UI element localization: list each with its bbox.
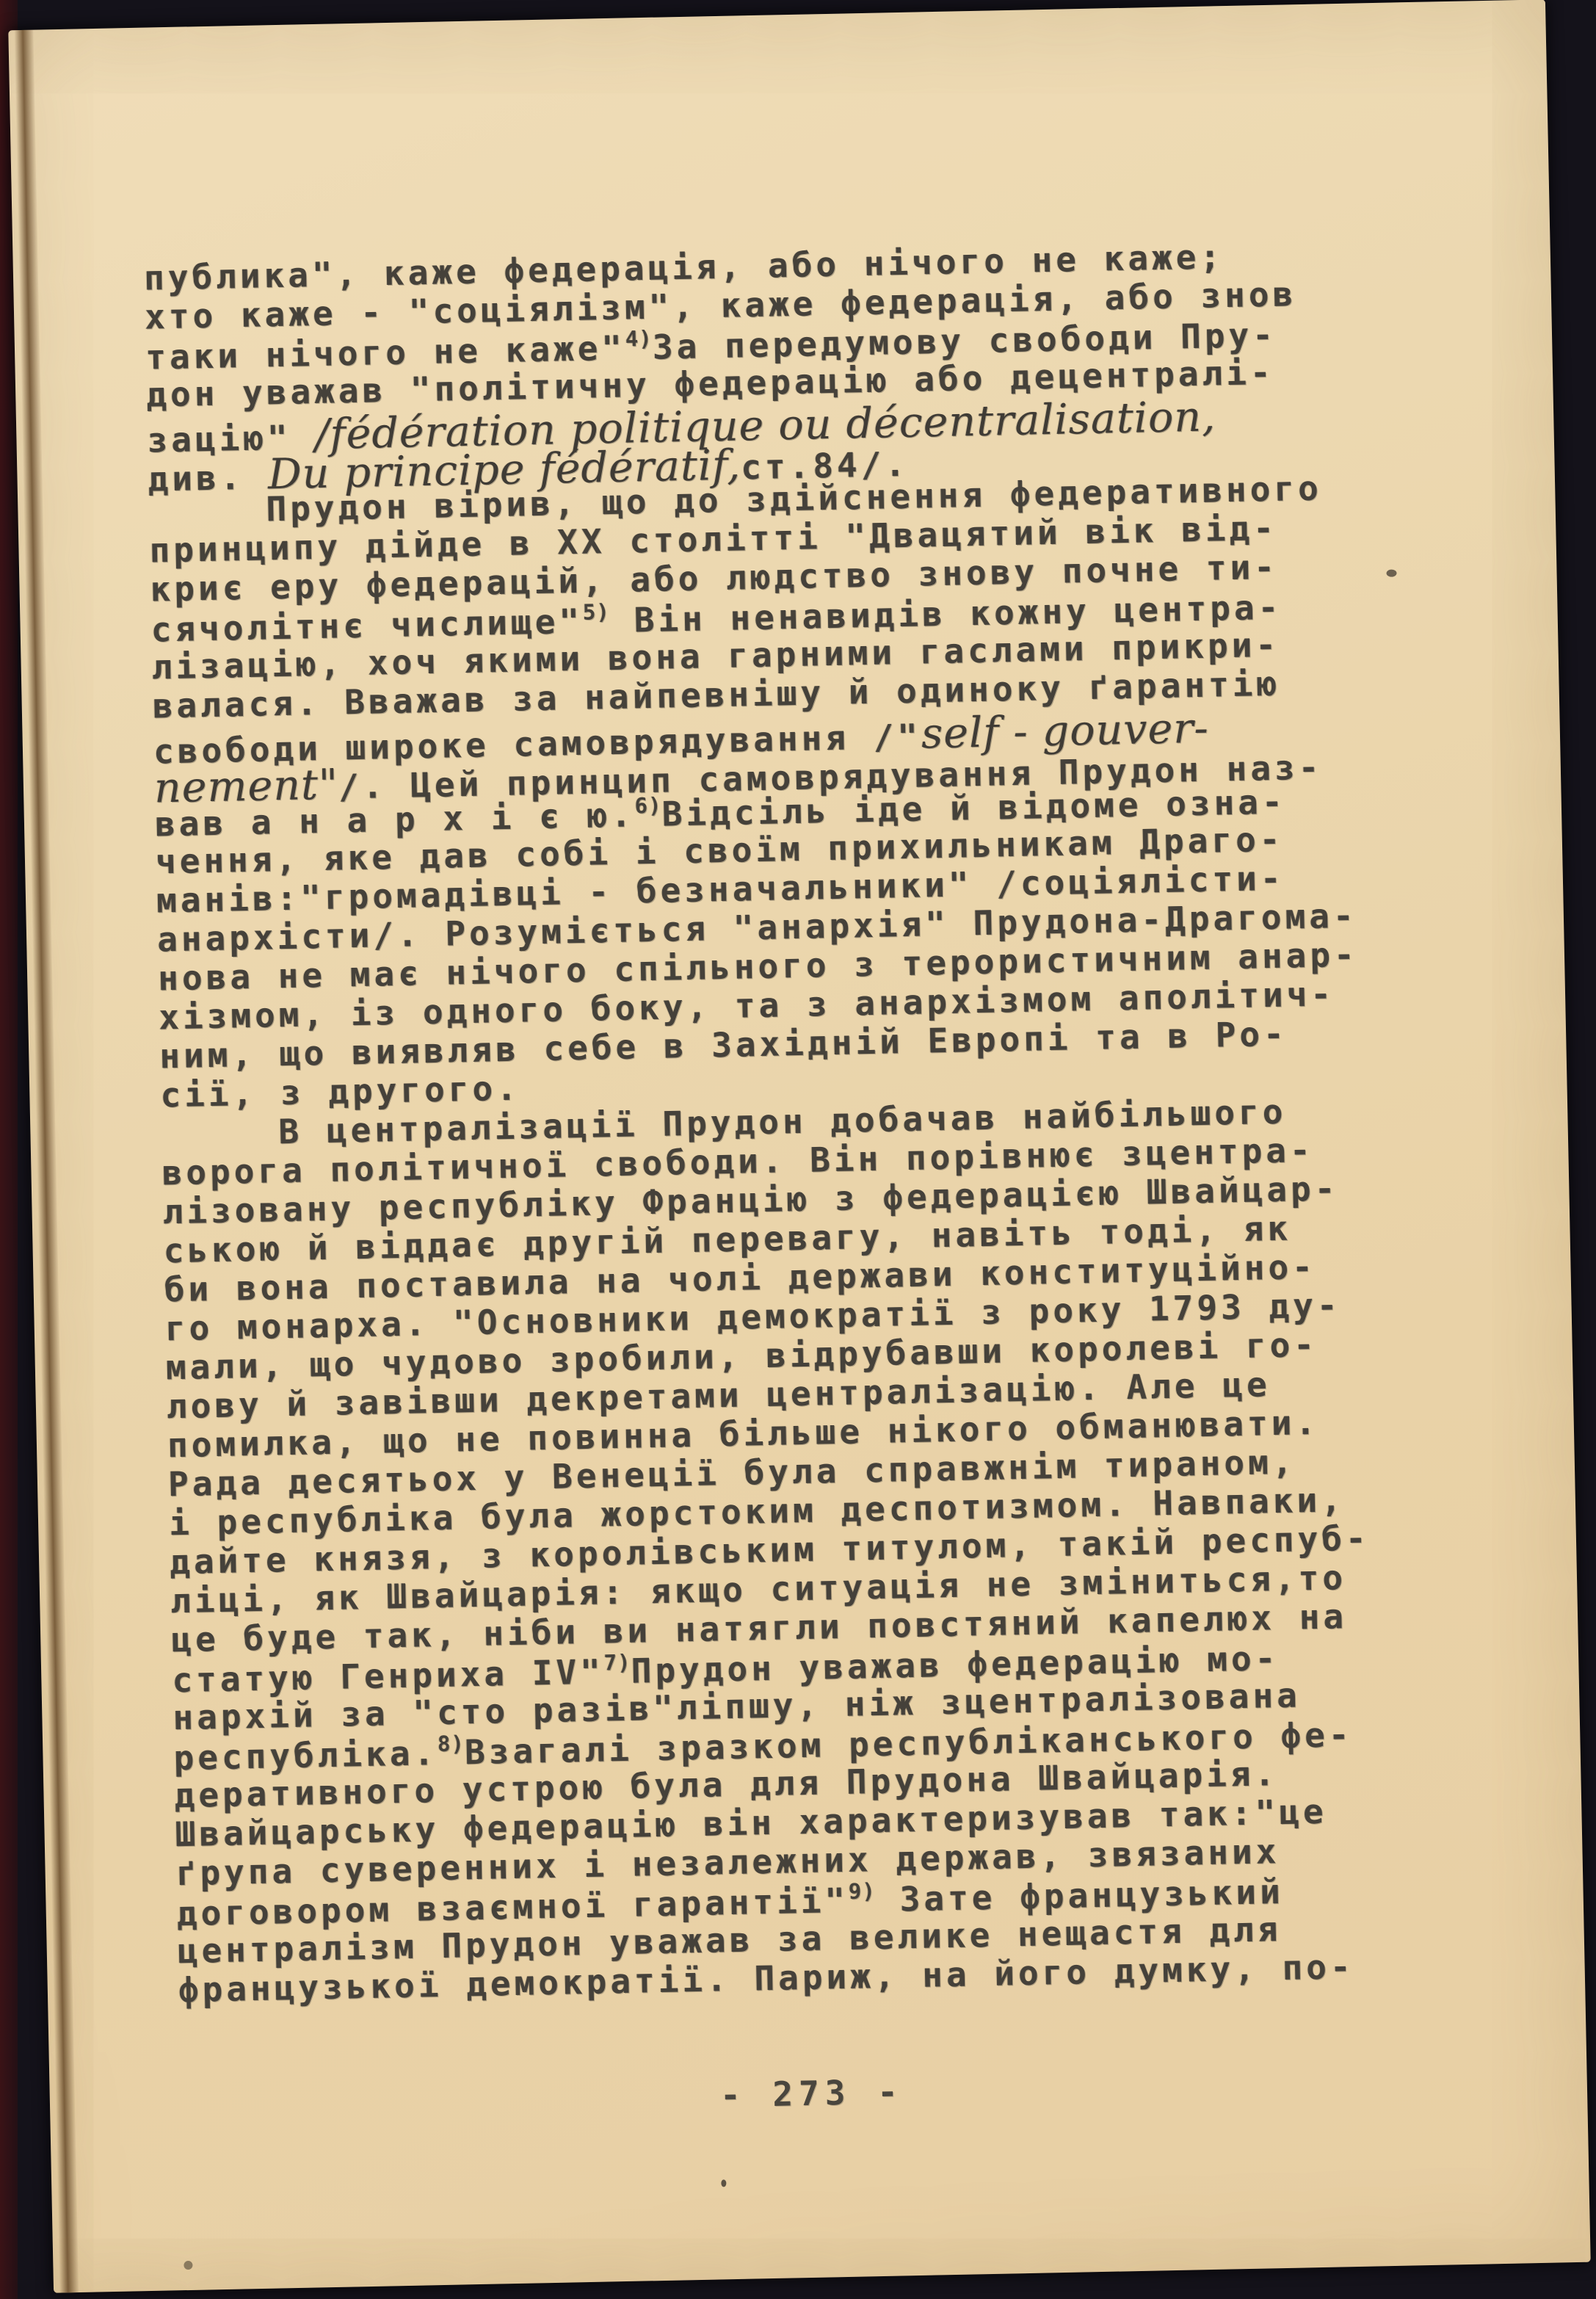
footnote-marker: 6) — [634, 793, 662, 819]
scan-speck — [184, 2261, 192, 2270]
binding-crease-shadow — [14, 30, 79, 2293]
footnote-marker: 9) — [848, 1878, 876, 1904]
scan-speck — [721, 2179, 726, 2187]
footnote-marker: 7) — [603, 1650, 631, 1676]
scanned-book-photo: { "document": { "page_number": "- 273 -"… — [0, 0, 1596, 2299]
text-lines: публика", каже федерація, або нічого не … — [144, 233, 1442, 2009]
page-text-block: публика", каже федерація, або нічого не … — [144, 233, 1444, 2126]
scanned-page: публика", каже федерація, або нічого не … — [8, 0, 1590, 2293]
typed-text: див. — [148, 457, 269, 499]
footnote-marker: 5) — [583, 599, 611, 625]
page-number: - 273 - — [181, 2061, 1444, 2126]
footnote-marker: 8) — [438, 1731, 465, 1756]
footnote-marker: 4) — [625, 326, 653, 352]
